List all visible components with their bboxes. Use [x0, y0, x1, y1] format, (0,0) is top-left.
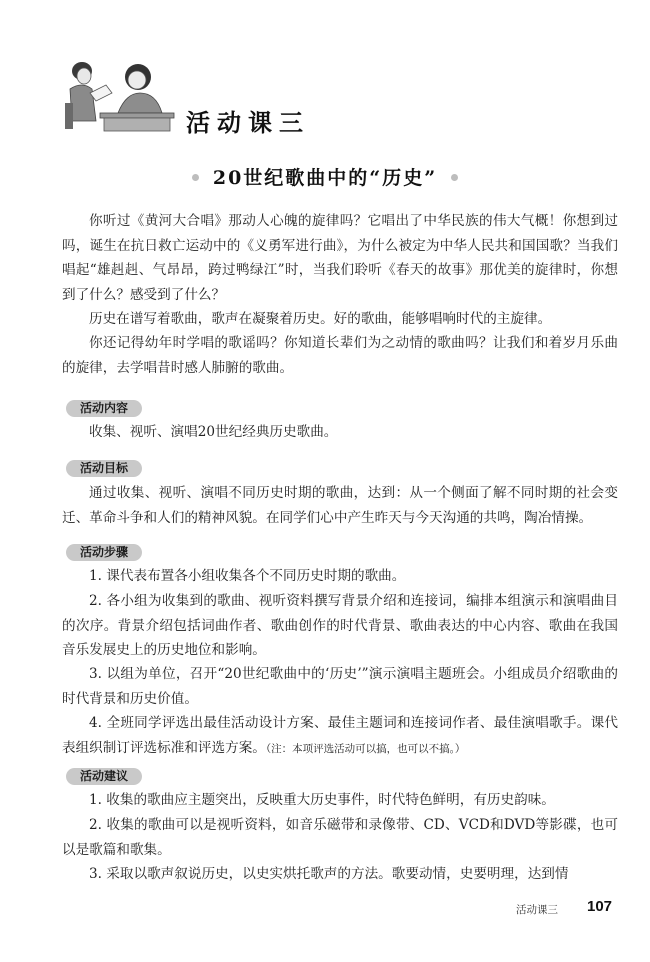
- step-item: 2. 各小组为收集到的歌曲、视听资料撰写背景介绍和连接词，编排本组演示和演唱曲目…: [62, 589, 618, 663]
- page-subtitle: 20世纪歌曲中的“历史”: [213, 167, 437, 189]
- decorative-dot-icon: [192, 174, 199, 181]
- section-label-goals: 活动目标: [66, 460, 142, 477]
- suggestion-item: 2. 收集的歌曲可以是视听资料，如音乐磁带和录像带、CD、VCD和DVD等影碟，…: [62, 813, 618, 862]
- footer-label: 活动课三: [516, 902, 558, 917]
- step-note: （注：本项评选活动可以搞，也可以不搞。）: [266, 743, 466, 755]
- two-students-at-desk-illustration: [60, 55, 175, 135]
- intro-paragraph: 你听过《黄河大合唱》那动人心魄的旋律吗？它唱出了中华民族的伟大气概！你想到过吗，…: [62, 209, 618, 307]
- step-item: 3. 以组为单位，召开“20世纪歌曲中的‘历史’”演示演唱主题班会。小组成员介绍…: [62, 662, 618, 711]
- intro-paragraph: 历史在谱写着歌曲，歌声在凝聚着历史。好的歌曲，能够唱响时代的主旋律。: [62, 307, 618, 332]
- section-label-content: 活动内容: [66, 400, 142, 417]
- step-item: 1. 课代表布置各小组收集各个不同历史时期的歌曲。: [62, 564, 618, 589]
- suggestion-item: 1. 收集的歌曲应主题突出，反映重大历史事件，时代特色鲜明，有历史韵味。: [62, 788, 618, 813]
- decorative-dot-icon: [451, 174, 458, 181]
- goals-text: 通过收集、视听、演唱不同历史时期的歌曲，达到：从一个侧面了解不同时期的社会变迁、…: [62, 481, 618, 530]
- section-label-steps: 活动步骤: [66, 544, 142, 561]
- suggestion-item: 3. 采取以歌声叙说历史，以史实烘托歌声的方法。歌要动情，史要明理，达到情: [62, 862, 618, 887]
- subtitle-row: 20世纪歌曲中的“历史”: [0, 163, 650, 193]
- content-text: 收集、视听、演唱20世纪经典历史歌曲。: [62, 420, 618, 445]
- page-number: 107: [587, 898, 612, 915]
- section-label-suggestions: 活动建议: [66, 768, 142, 785]
- lesson-title: 活动课三: [186, 103, 310, 138]
- step-item: 4. 全班同学评选出最佳活动设计方案、最佳主题词和连接词作者、最佳演唱歌手。课代…: [62, 711, 618, 761]
- textbook-page: 活动课三 20世纪歌曲中的“历史” 你听过《黄河大合唱》那动人心魄的旋律吗？它唱…: [0, 0, 650, 962]
- intro-paragraph: 你还记得幼年时学唱的歌谣吗？你知道长辈们为之动情的歌曲吗？让我们和着岁月乐曲的旋…: [62, 331, 618, 380]
